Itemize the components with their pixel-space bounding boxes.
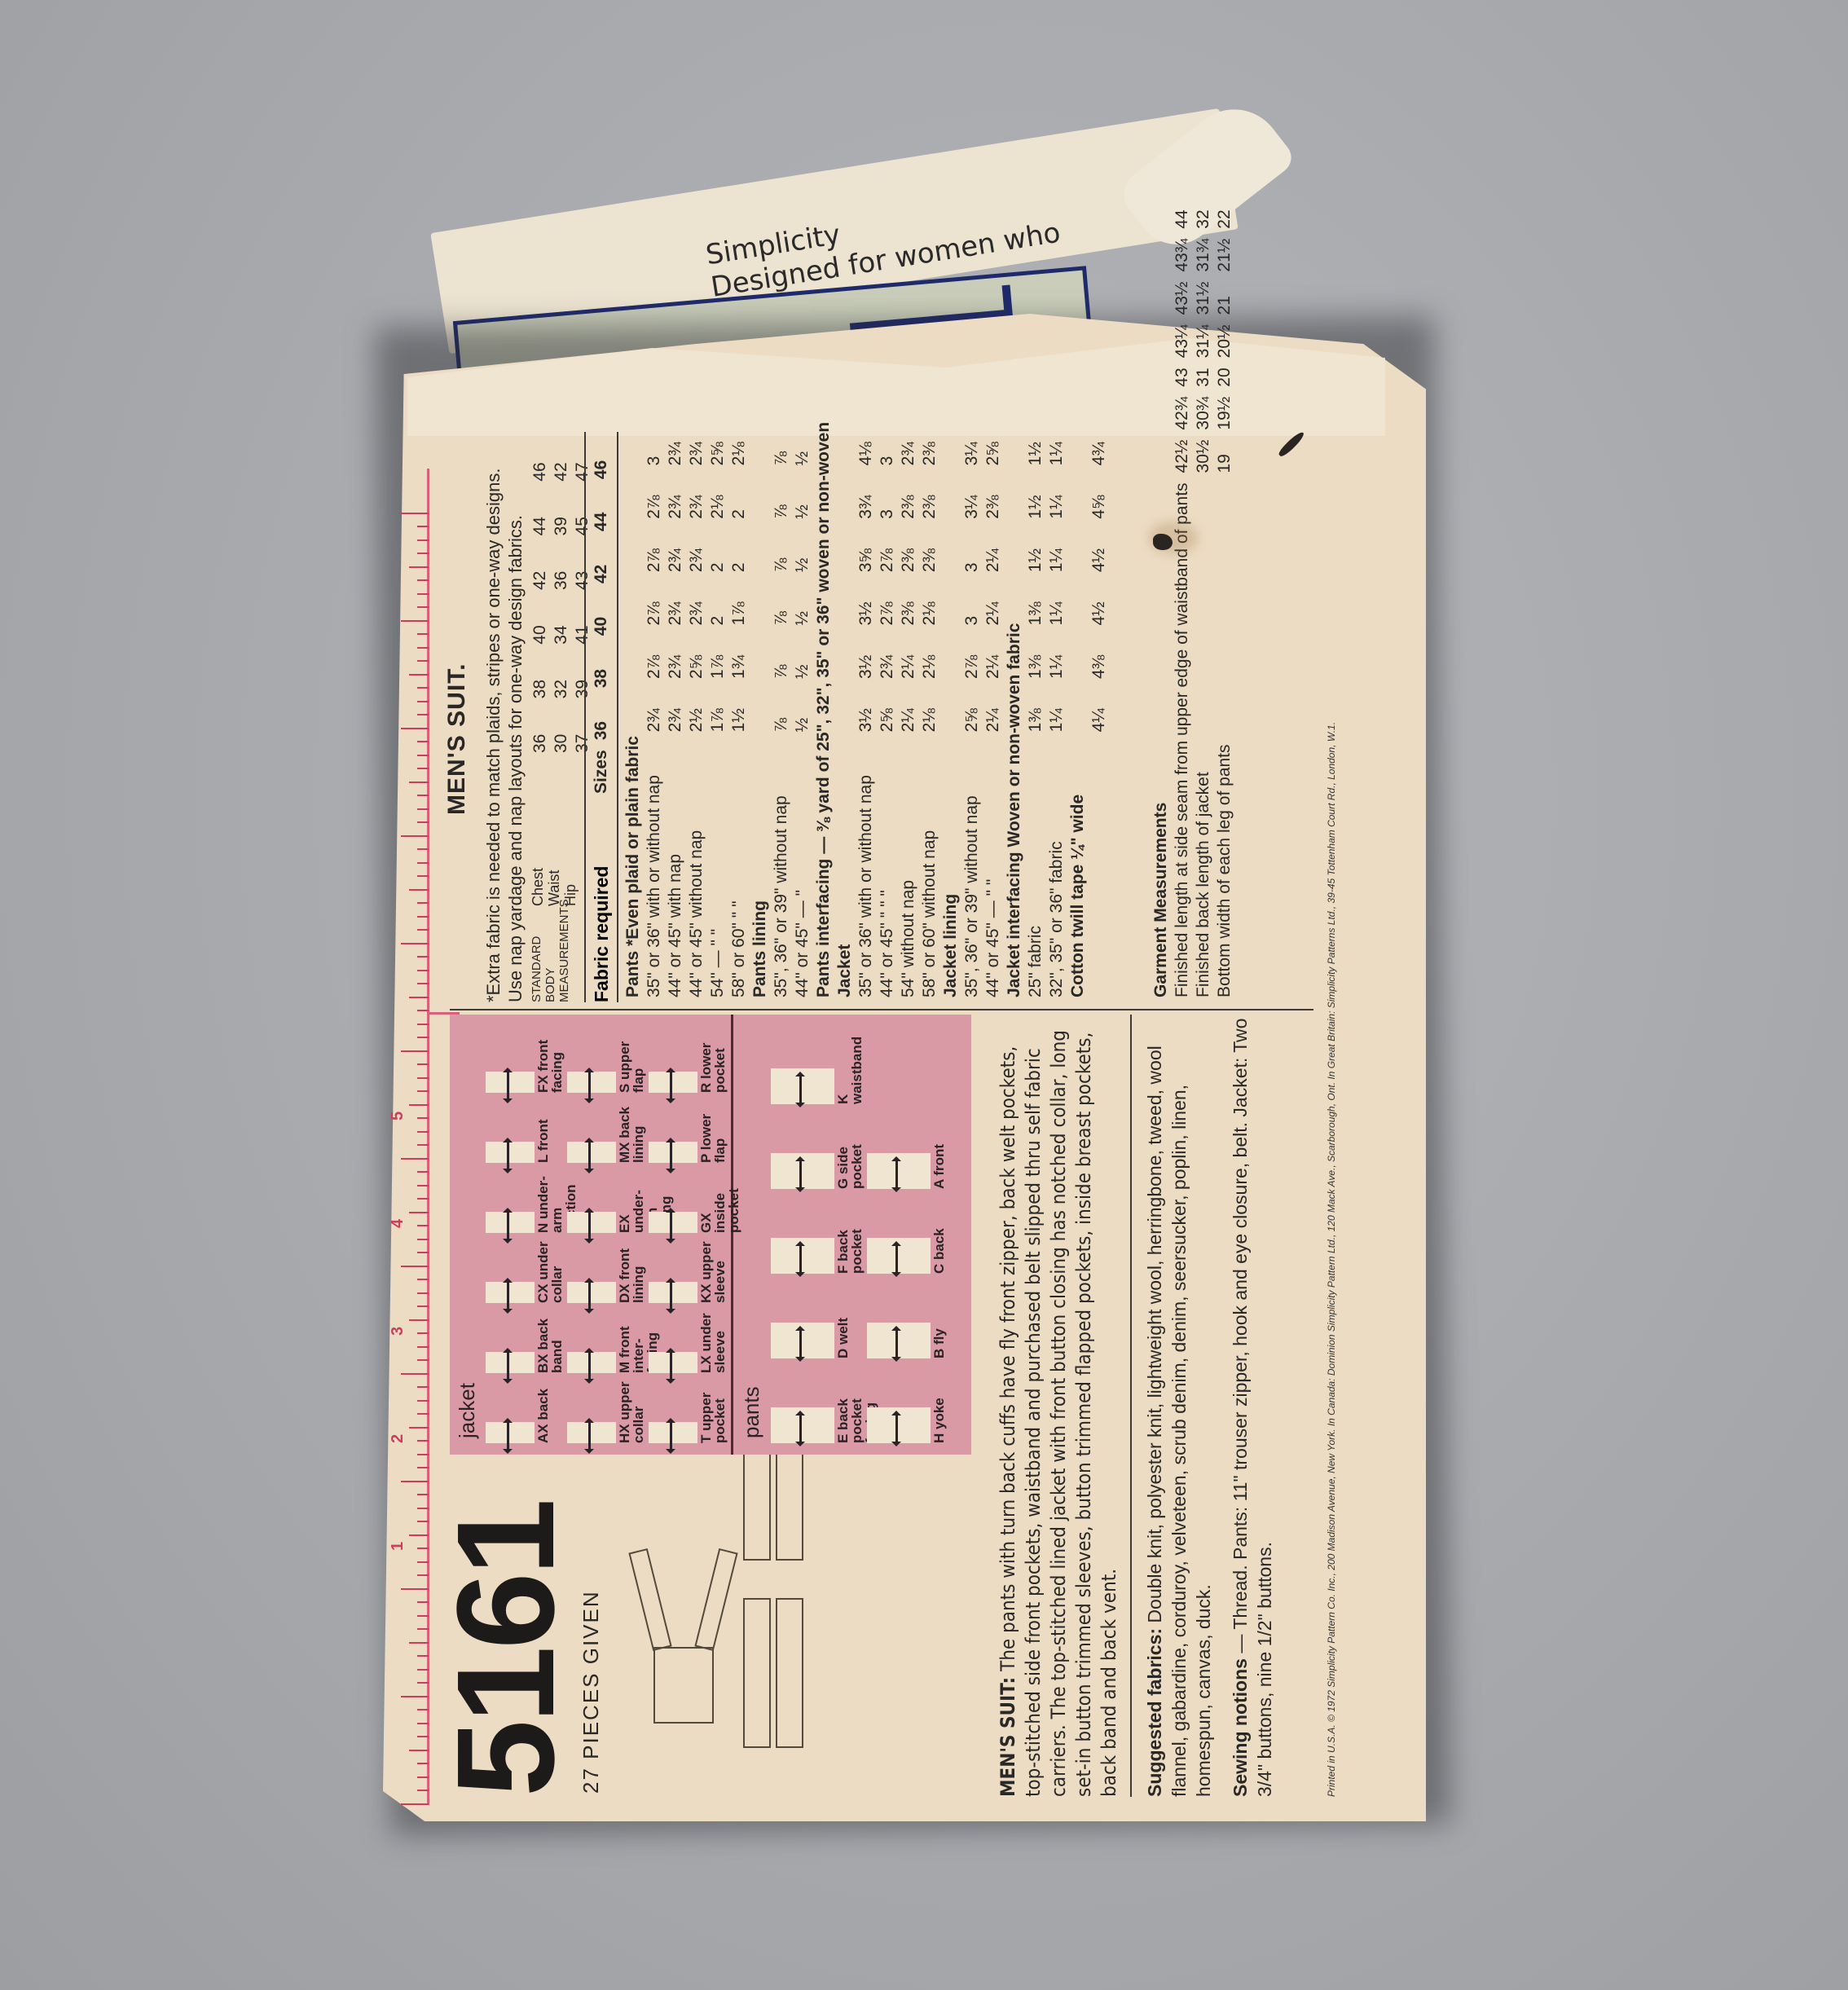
ruler-tick [417, 1454, 429, 1455]
piece-shape [649, 1212, 697, 1233]
yardage-value: 2⅛ [919, 631, 940, 684]
piece-label: R lower pocket [699, 1029, 727, 1093]
row-label: 44" or 45" with nap [665, 737, 686, 1002]
jacket-body-outline [653, 1647, 714, 1724]
fabric-row: 54" without nap2¼2¼2⅜2⅜2⅜2¾ [898, 417, 919, 1002]
tear-hole [1153, 534, 1173, 550]
section-heading-row: Jacket lining [940, 417, 961, 1002]
yardage-value: 2⅜ [898, 524, 919, 577]
table-cell: 34 [551, 595, 572, 649]
row-label: Bottom width of each leg of pants [1214, 478, 1235, 1002]
ruler-tick [401, 943, 429, 944]
measure-value: 43¼ [1172, 319, 1193, 363]
ruler-tick [417, 1723, 429, 1724]
measure-value: 42¾ [1172, 392, 1193, 435]
section-heading-row: Pants *Even plaid or plain fabric [623, 417, 644, 1002]
fabric-row: 35", 36" or 39" without nap⅞⅞⅞⅞⅞⅞ [771, 417, 792, 1002]
ruler-tick [417, 1575, 429, 1577]
ruler-tick [409, 1427, 429, 1429]
jacket-sleeve-outline [628, 1548, 671, 1651]
ruler-tick [409, 1212, 429, 1213]
ruler-number: 4 [389, 1219, 407, 1228]
ruler-tick [417, 688, 429, 689]
ruler-tick [409, 889, 429, 891]
piece-shape [486, 1072, 535, 1093]
size-header: 40 [591, 588, 612, 641]
yardage-value: 2¾ [665, 417, 686, 471]
ruler-tick [401, 728, 429, 729]
fabric-row: 44" or 45" without nap2½2⅝2¾2¾2¾2¾ [686, 417, 707, 1002]
yardage-value: 2⅞ [644, 631, 665, 684]
grainline-arrow-icon [799, 1073, 802, 1106]
measure-value: 31¾ [1193, 234, 1214, 277]
measure-value: 32 [1193, 205, 1214, 233]
ruler-tick [417, 539, 429, 541]
chart-title: MEN'S SUIT. [443, 663, 471, 816]
pattern-piece-p: P lower flap [645, 1103, 722, 1166]
yardage-value: 1¾ [728, 631, 750, 684]
table-cell: 42 [530, 540, 551, 595]
yardage-value: 2 [728, 470, 750, 523]
ruler-number: 5 [389, 1112, 407, 1120]
pattern-piece-dx: DX front lining [564, 1243, 640, 1306]
yardage-value: ⅞ [771, 684, 792, 737]
piece-shape [567, 1212, 616, 1233]
yardage-value: 2½ [686, 684, 707, 737]
yardage-value: 2⅞ [644, 524, 665, 577]
piece-shape [567, 1142, 616, 1163]
ruler-tick [401, 1588, 429, 1590]
row-label: 44" or 45" — " [792, 737, 813, 1002]
piece-label: S upper flap [618, 1029, 645, 1093]
standard-body-measurements-label: STANDARD BODY MEASUREMENTS [530, 899, 571, 1002]
ruler-tick [417, 1387, 429, 1389]
ruler-tick [417, 1145, 429, 1147]
yardage-value: 2¾ [665, 470, 686, 523]
yardage-value: 3 [644, 417, 665, 471]
piece-shape [567, 1352, 616, 1373]
grainline-arrow-icon [670, 1279, 672, 1312]
yardage-value: 2⅞ [961, 631, 983, 684]
piece-shape [567, 1422, 616, 1443]
grainline-arrow-icon [799, 1327, 802, 1360]
pattern-piece-r: R lower pocket [645, 1032, 722, 1096]
yardage-value: 2⅛ [919, 577, 940, 630]
garment-row: Finished length at side seam from upper … [1172, 205, 1193, 1002]
ruler-number: 3 [389, 1327, 407, 1336]
ruler-tick [417, 1292, 429, 1294]
yardage-value: 3⅝ [856, 524, 877, 577]
pattern-piece-cx: CX under collar [482, 1243, 559, 1306]
yardage-value: ½ [792, 684, 813, 737]
ruler-tick [401, 1696, 429, 1697]
measure-value: 21½ [1214, 234, 1235, 277]
pattern-piece-kx: KX upper sleeve [645, 1243, 722, 1306]
yardage-value: ½ [792, 524, 813, 577]
ruler-tick [409, 781, 429, 783]
ruler-tick [409, 674, 429, 676]
ruler-tick [417, 1656, 429, 1658]
grainline-arrow-icon [670, 1349, 672, 1382]
yardage-value: 3¼ [961, 470, 983, 523]
suggested-fabrics-label: Suggested fabrics: [1144, 1628, 1165, 1797]
envelope-back-print: 12345 5161 27 PIECES GIVEN jacket pants … [433, 420, 1371, 1805]
size-header: 38 [591, 641, 612, 693]
ruler-tick [409, 1534, 429, 1536]
grainline-arrow-icon [588, 1069, 591, 1102]
yardage-value: 2⅝ [961, 684, 983, 737]
yardage-value: 3 [877, 470, 898, 523]
measure-value: 19 [1214, 435, 1235, 478]
yardage-value: 1⅞ [707, 631, 728, 684]
ruler-tick [417, 970, 429, 971]
yardage-value: ⅞ [771, 631, 792, 684]
ruler-tick [417, 1306, 429, 1308]
section-heading-row: Pants interfacing — ⅜ yard of 25", 32", … [813, 417, 834, 1002]
publisher-imprint: Printed in U.S.A. © 1972 Simplicity Patt… [1326, 452, 1337, 1797]
yardage-value: 1¼ [1046, 524, 1067, 577]
row-label: 58" or 60" without nap [919, 737, 940, 1002]
row-label: 44" or 45" " " " [877, 737, 898, 1002]
section-heading: Pants *Even plaid or plain fabric [623, 417, 644, 1002]
fabric-row: 35", 36" or 39" without nap2⅝2⅞333¼3¼ [961, 417, 983, 1002]
yardage-value: 1⅞ [728, 577, 750, 630]
pattern-piece-f: F back pocket [768, 1199, 859, 1277]
ruler-tick [417, 1776, 429, 1778]
pattern-piece-t: T upper pocket [645, 1383, 722, 1446]
grainline-arrow-icon [670, 1209, 672, 1242]
fabric-row: 35" or 36" with or without nap3½3½3½3⅝3¾… [856, 417, 877, 1002]
fabric-row: 44" or 45" — "½½½½½½ [792, 417, 813, 1002]
jacket-sleeve-outline [694, 1548, 737, 1651]
ruler-tick [417, 607, 429, 609]
pattern-piece-h: H yoke [864, 1368, 955, 1446]
yardage-value: 2⅞ [877, 524, 898, 577]
ruler-tick [417, 1253, 429, 1254]
yardage-value: 2 [707, 577, 728, 630]
yardage-value: 2¼ [983, 631, 1004, 684]
measure-value: 31¼ [1193, 319, 1214, 363]
measure-value: 21 [1214, 277, 1235, 320]
ruler-tick [417, 1521, 429, 1523]
piece-shape [567, 1282, 616, 1303]
ruler-number: 2 [389, 1434, 407, 1443]
sewing-notions: Sewing notions — Thread. Pants: 11" trou… [1228, 1015, 1277, 1797]
yardage-value: 2¼ [983, 577, 1004, 630]
piece-label: T upper pocket [699, 1380, 727, 1443]
ruler-tick [417, 1414, 429, 1415]
ruler-tick [417, 1185, 429, 1187]
yardage-value: 3¼ [961, 417, 983, 471]
ruler-tick [417, 930, 429, 931]
size-header: 36 [591, 693, 612, 745]
piece-label: HX upper collar [618, 1380, 645, 1443]
ruler-tick [417, 1239, 429, 1240]
yardage-value: 3½ [856, 631, 877, 684]
ruler-tick [417, 1790, 429, 1792]
measure-value: 43½ [1172, 277, 1193, 320]
yardage-value: ½ [792, 470, 813, 523]
yardage-value: 2⅜ [919, 470, 940, 523]
ruler-tick [417, 1468, 429, 1469]
yardage-value: 1¼ [1046, 417, 1067, 471]
ruler-tick [409, 1750, 429, 1751]
garment-measurements-table: Garment MeasurementsFinished length at s… [1151, 205, 1235, 1002]
fabric-row: 32", 35" or 36" fabric1¼1¼1¼1¼1¼1¼ [1046, 417, 1067, 1002]
pants-leg-outline [743, 1598, 771, 1748]
ruler-tick [417, 1172, 429, 1173]
grainline-arrow-icon [670, 1069, 672, 1102]
pattern-piece-k: K waistband [768, 1029, 859, 1107]
ruler-tick [417, 1548, 429, 1550]
yardage-value: 4⅜ [1089, 631, 1110, 684]
sizes-row: Sizes363840424446 [591, 432, 612, 799]
yardage-value: 2⅜ [898, 577, 919, 630]
measure-value: 30½ [1193, 435, 1214, 478]
piece-label: G side pocket [836, 1111, 864, 1189]
grainline-arrow-icon [895, 1243, 898, 1275]
std-label-line: STANDARD [530, 899, 543, 1002]
ruler-tick [401, 1481, 429, 1482]
yardage-value: 2¾ [898, 417, 919, 471]
yardage-value: 2¾ [686, 470, 707, 523]
inch-ruler: 12345 [380, 517, 429, 1805]
ruler-tick [417, 768, 429, 770]
size-header: 42 [591, 536, 612, 588]
pattern-piece-lx: LX under sleeve [645, 1313, 722, 1376]
piece-shape [649, 1282, 697, 1303]
measure-value: 20 [1214, 363, 1235, 391]
ruler-tick [409, 1104, 429, 1106]
ruler-tick [401, 1373, 429, 1375]
pattern-piece-mx: MX back lining [564, 1103, 640, 1166]
yardage-value: 4½ [1089, 577, 1110, 630]
ruler-tick [417, 1037, 429, 1039]
yardage-value: 2¼ [898, 631, 919, 684]
yardage-value: 3¾ [856, 470, 877, 523]
pattern-piece-s: S upper flap [564, 1032, 640, 1096]
body-row-waist: 303234363942 [551, 432, 572, 758]
measure-value: 31 [1193, 363, 1214, 391]
ruler-tick [417, 1118, 429, 1120]
table-cell: 40 [530, 595, 551, 649]
measure-value: 20½ [1214, 319, 1235, 363]
section-heading-row: Jacket interfacing Woven or non-woven fa… [1004, 417, 1025, 1002]
ruler-tick [417, 1024, 429, 1025]
grainline-arrow-icon [895, 1158, 898, 1191]
yardage-value: 2 [707, 524, 728, 577]
piece-label: L front [536, 1099, 550, 1163]
row-label [1089, 737, 1110, 1002]
piece-label: KX upper sleeve [699, 1239, 727, 1303]
row-label: 35" or 36" with or without nap [644, 737, 665, 1002]
grainline-arrow-icon [507, 1139, 509, 1172]
piece-shape [486, 1282, 535, 1303]
table-cell: 36 [551, 540, 572, 595]
piece-label: AX back [536, 1380, 550, 1443]
yardage-value: 1⅜ [1025, 684, 1046, 737]
pattern-description: MEN'S SUIT: The pants with turn back cuf… [996, 1015, 1122, 1797]
piece-label: A front [932, 1111, 946, 1189]
yardage-value: 4¼ [1089, 684, 1110, 737]
table-cell: 42 [551, 432, 572, 486]
yardage-value: 1¼ [1046, 470, 1067, 523]
yardage-value: 1⅜ [1025, 631, 1046, 684]
garment-heading: Garment Measurements [1151, 205, 1172, 1002]
ruler-tick [417, 661, 429, 663]
yardage-value: ⅞ [771, 524, 792, 577]
fabric-row: 58" or 60" " "1½1¾1⅞222⅛ [728, 417, 750, 1002]
ruler-tick [417, 1602, 429, 1604]
grainline-arrow-icon [507, 1420, 509, 1452]
yardage-value: 2¾ [665, 684, 686, 737]
fabric-row: 44" or 45" with nap2¾2¾2¾2¾2¾2¾ [665, 417, 686, 1002]
piece-label: C back [932, 1195, 946, 1274]
piece-shape [649, 1422, 697, 1443]
yardage-value: ⅞ [771, 577, 792, 630]
ruler-tick [417, 634, 429, 636]
yardage-value: 2¾ [665, 577, 686, 630]
yardage-value: 3 [961, 524, 983, 577]
table-cell: 32 [551, 649, 572, 704]
yardage-value: 2⅞ [644, 577, 665, 630]
table-cell: 39 [551, 486, 572, 541]
yardage-value: 4¾ [1089, 417, 1110, 471]
yardage-value: 2¾ [665, 631, 686, 684]
ruler-tick [401, 1158, 429, 1160]
sizes-header: Sizes363840424446 [591, 432, 612, 799]
piece-label: H yoke [932, 1365, 946, 1443]
piece-label: FX front facing [536, 1029, 564, 1093]
yardage-value: 3½ [856, 577, 877, 630]
ruler-tick [417, 1091, 429, 1093]
fabric-row: 58" or 60" without nap2⅛2⅛2⅛2⅜2⅜2⅜ [919, 417, 940, 1002]
yardage-value: 1⅜ [1025, 577, 1046, 630]
yardage-value: 1½ [1025, 470, 1046, 523]
row-label: Finished length at side seam from upper … [1172, 478, 1193, 1002]
yardage-value: 2¾ [686, 417, 707, 471]
piece-label: BX back band [536, 1310, 564, 1373]
ruler-tick [417, 1077, 429, 1079]
pieces-heading-pants: pants [739, 1386, 764, 1438]
grainline-arrow-icon [588, 1139, 591, 1172]
yardage-value: 2¼ [898, 684, 919, 737]
sizes-label: Sizes [591, 745, 612, 799]
yardage-value: 1½ [1025, 417, 1046, 471]
ruler-tick [401, 835, 429, 837]
ruler-tick [417, 984, 429, 985]
pieces-divider [731, 1015, 733, 1455]
ruler-tick [417, 580, 429, 582]
ruler-tick [417, 526, 429, 528]
suggested-fabrics: Suggested fabrics: Double knit, polyeste… [1142, 1015, 1216, 1797]
ruler-tick [417, 903, 429, 905]
row-label: 35" or 36" with or without nap [856, 737, 877, 1002]
ruler-tick [417, 862, 429, 864]
std-label-line: MEASUREMENTS [557, 899, 571, 1002]
measure-value: 43 [1172, 363, 1193, 391]
piece-label: P lower flap [699, 1099, 727, 1163]
pieces-heading-jacket: jacket [455, 1383, 480, 1438]
pieces-given: 27 PIECES GIVEN [579, 1590, 604, 1794]
ruler-tick [417, 593, 429, 595]
piece-label: CX under collar [536, 1239, 564, 1303]
divider [584, 432, 586, 1002]
column-divider [450, 1009, 1313, 1010]
yardage-value: 1⅞ [707, 684, 728, 737]
row-label: 44" or 45" without nap [686, 737, 707, 1002]
piece-label: MX back lining [618, 1099, 645, 1163]
row-label: 35", 36" or 39" without nap [961, 737, 983, 1002]
yardage-value: 1¼ [1046, 684, 1067, 737]
section-heading-row: Cotton twill tape ¼" wide [1067, 417, 1089, 1002]
ruler-tick [417, 957, 429, 958]
grainline-arrow-icon [588, 1279, 591, 1312]
row-label: 25" fabric [1025, 737, 1046, 1002]
yardage-value: 2⅝ [686, 631, 707, 684]
pattern-piece-ax: AX back [482, 1383, 559, 1446]
yardage-value: 2⅜ [919, 524, 940, 577]
row-label: 35", 36" or 39" without nap [771, 737, 792, 1002]
ruler-tick [417, 553, 429, 555]
size-header: 44 [591, 484, 612, 536]
yardage-value: 2 [728, 524, 750, 577]
piece-shape [649, 1352, 697, 1373]
yardage-value: ½ [792, 631, 813, 684]
yardage-value: 1½ [1025, 524, 1046, 577]
table-cell: 38 [530, 649, 551, 704]
row-label: 54" — " " [707, 737, 728, 1002]
ruler-tick [417, 795, 429, 797]
pattern-piece-n: N under-arm section [482, 1173, 559, 1236]
grainline-arrow-icon [507, 1349, 509, 1382]
pattern-piece-bx: BX back band [482, 1313, 559, 1376]
ruler-tick [401, 620, 429, 622]
divider [1130, 1015, 1132, 1797]
yardage-value: ½ [792, 417, 813, 471]
section-heading: Jacket lining [940, 417, 961, 1002]
yardage-value: 2¾ [686, 524, 707, 577]
ruler-tick [417, 701, 429, 702]
yardage-value: 2¼ [983, 524, 1004, 577]
ruler-tick [417, 916, 429, 918]
grainline-arrow-icon [507, 1209, 509, 1242]
jacket-pieces-grid: AX backBX back bandCX under collarN unde… [482, 1023, 727, 1446]
piece-shape [486, 1212, 535, 1233]
table-cell: 44 [530, 486, 551, 541]
ruler-tick [417, 1508, 429, 1509]
yardage-value: 2⅛ [919, 684, 940, 737]
grainline-arrow-icon [670, 1139, 672, 1172]
garment-row: Finished back length of jacket30½30¾3131… [1193, 205, 1214, 1002]
garment-row: Bottom width of each leg of pants1919½20… [1214, 205, 1235, 1002]
ruler-tick [401, 1266, 429, 1267]
pattern-piece-b: B fly [864, 1283, 955, 1362]
pattern-piece-hx: HX upper collar [564, 1383, 640, 1446]
yardage-value: 3 [961, 577, 983, 630]
pattern-piece-l: L front [482, 1103, 559, 1166]
ruler-tick [409, 997, 429, 998]
yardage-value: ⅞ [771, 470, 792, 523]
section-heading: Pants lining [750, 417, 771, 1002]
table-cell: 46 [530, 432, 551, 486]
ruler-tick [417, 1226, 429, 1227]
ruler-tick [417, 742, 429, 743]
yardage-value: 2⅞ [644, 470, 665, 523]
ruler-tick [417, 755, 429, 756]
fabric-row: 54" — " "1⅞1⅞222⅛2⅝ [707, 417, 728, 1002]
section-heading: Jacket [834, 417, 856, 1002]
